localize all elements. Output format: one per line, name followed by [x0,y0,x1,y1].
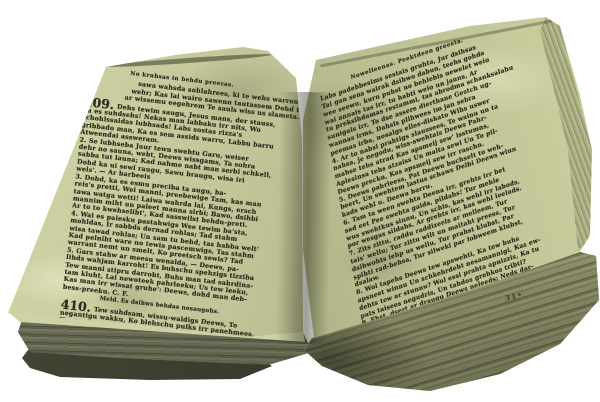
hymn-409-lines: ka es suhdsehs! Nekas man labbaku irr ni… [62,107,308,317]
left-page-number: 386 [89,66,103,75]
left-page-text: 386 No kruhsas in behdu preezas. sawa wa… [59,66,313,350]
open-book-photo: 31* Nowelleenas. Peektdeen greesta. Labs… [0,0,600,402]
spine-gutter-shadow [276,92,332,345]
